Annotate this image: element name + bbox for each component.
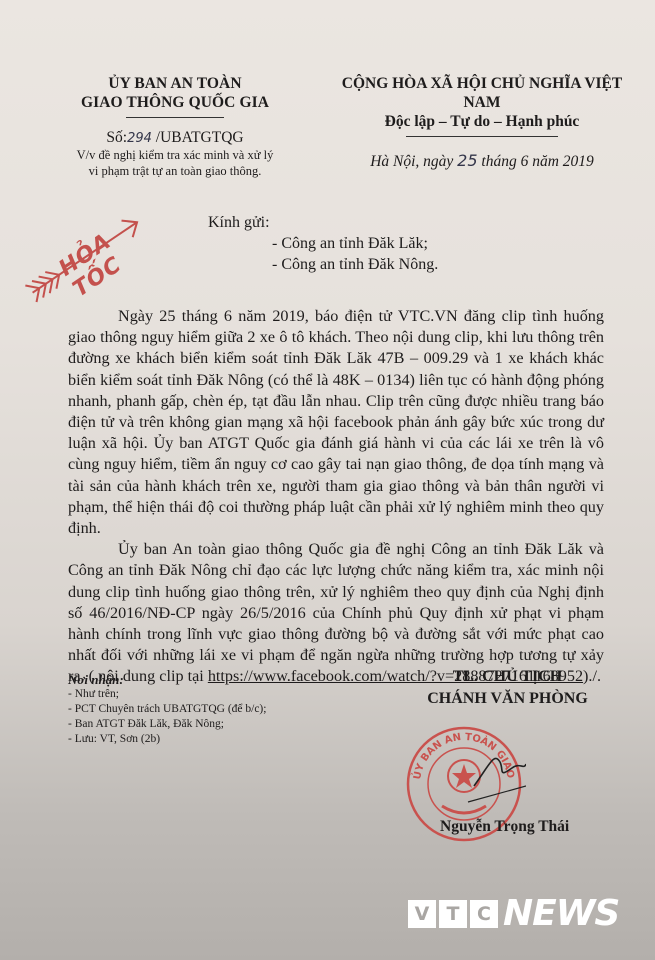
recipient-1: - Công an tỉnh Đăk Lăk; (208, 233, 438, 254)
document-page: ỦY BAN AN TOÀN GIAO THÔNG QUỐC GIA Số:29… (0, 0, 655, 960)
greeting: Kính gửi: - Công an tỉnh Đăk Lăk; - Công… (208, 212, 438, 275)
paragraph-2-text: Ủy ban An toàn giao thông Quốc gia đề ng… (68, 540, 604, 685)
place-suffix: tháng 6 năm 2019 (478, 153, 594, 170)
recipient-item: - PCT Chuyên trách UBATGTQG (để b/c); (68, 702, 266, 717)
number-suffix: /UBATGTQG (152, 129, 244, 146)
signature-title-2: CHÁNH VĂN PHÒNG (400, 688, 615, 710)
issuing-agency-header: ỦY BAN AN TOÀN GIAO THÔNG QUỐC GIA Số:29… (70, 74, 280, 179)
greeting-label: Kính gửi: (208, 212, 438, 233)
letter-body: Ngày 25 tháng 6 năm 2019, báo điện tử VT… (68, 306, 604, 688)
place-date: Hà Nội, ngày 25 tháng 6 năm 2019 (322, 151, 642, 171)
nation-title: CỘNG HÒA XÃ HỘI CHỦ NGHĨA VIỆT NAM (322, 74, 642, 112)
paragraph-1: Ngày 25 tháng 6 năm 2019, báo điện tử VT… (68, 306, 604, 539)
watermark-letter: C (470, 900, 498, 928)
divider (406, 136, 558, 137)
place-prefix: Hà Nội, ngày (370, 153, 457, 170)
recipient-item: - Như trên; (68, 687, 266, 702)
signature-title-1: TL. CHỦ TỊCH (400, 666, 615, 688)
watermark-letter: T (439, 900, 467, 928)
handwritten-number: 294 (127, 131, 152, 146)
motto: Độc lập – Tự do – Hạnh phúc (322, 112, 642, 131)
vtc-news-watermark: V T C NEWS (408, 900, 619, 928)
recipient-2: - Công an tỉnh Đăk Nông. (208, 254, 438, 275)
signer-name: Nguyễn Trọng Thái (440, 818, 569, 836)
subject-line1: V/v đề nghị kiểm tra xác minh và xử lý (70, 147, 280, 163)
subject-line2: vi phạm trật tự an toàn giao thông. (70, 163, 280, 179)
watermark-letter: V (408, 900, 436, 928)
recipient-item: - Lưu: VT, Sơn (2b) (68, 732, 266, 747)
handwritten-day: 25 (457, 151, 477, 170)
recipients-block: Nơi nhận: - Như trên; - PCT Chuyên trách… (68, 672, 266, 747)
signature-block: TL. CHỦ TỊCH CHÁNH VĂN PHÒNG (400, 666, 615, 710)
recipients-title: Nơi nhận: (68, 672, 266, 687)
agency-name-line1: ỦY BAN AN TOÀN (70, 74, 280, 93)
agency-name-line2: GIAO THÔNG QUỐC GIA (70, 93, 280, 112)
watermark-word: NEWS (503, 900, 619, 928)
number-prefix: Số: (106, 129, 127, 146)
national-header: CỘNG HÒA XÃ HỘI CHỦ NGHĨA VIỆT NAM Độc l… (322, 74, 642, 171)
recipient-item: - Ban ATGT Đăk Lăk, Đăk Nông; (68, 717, 266, 732)
document-number: Số:294 /UBATGTQG (70, 129, 280, 147)
divider (126, 117, 224, 118)
